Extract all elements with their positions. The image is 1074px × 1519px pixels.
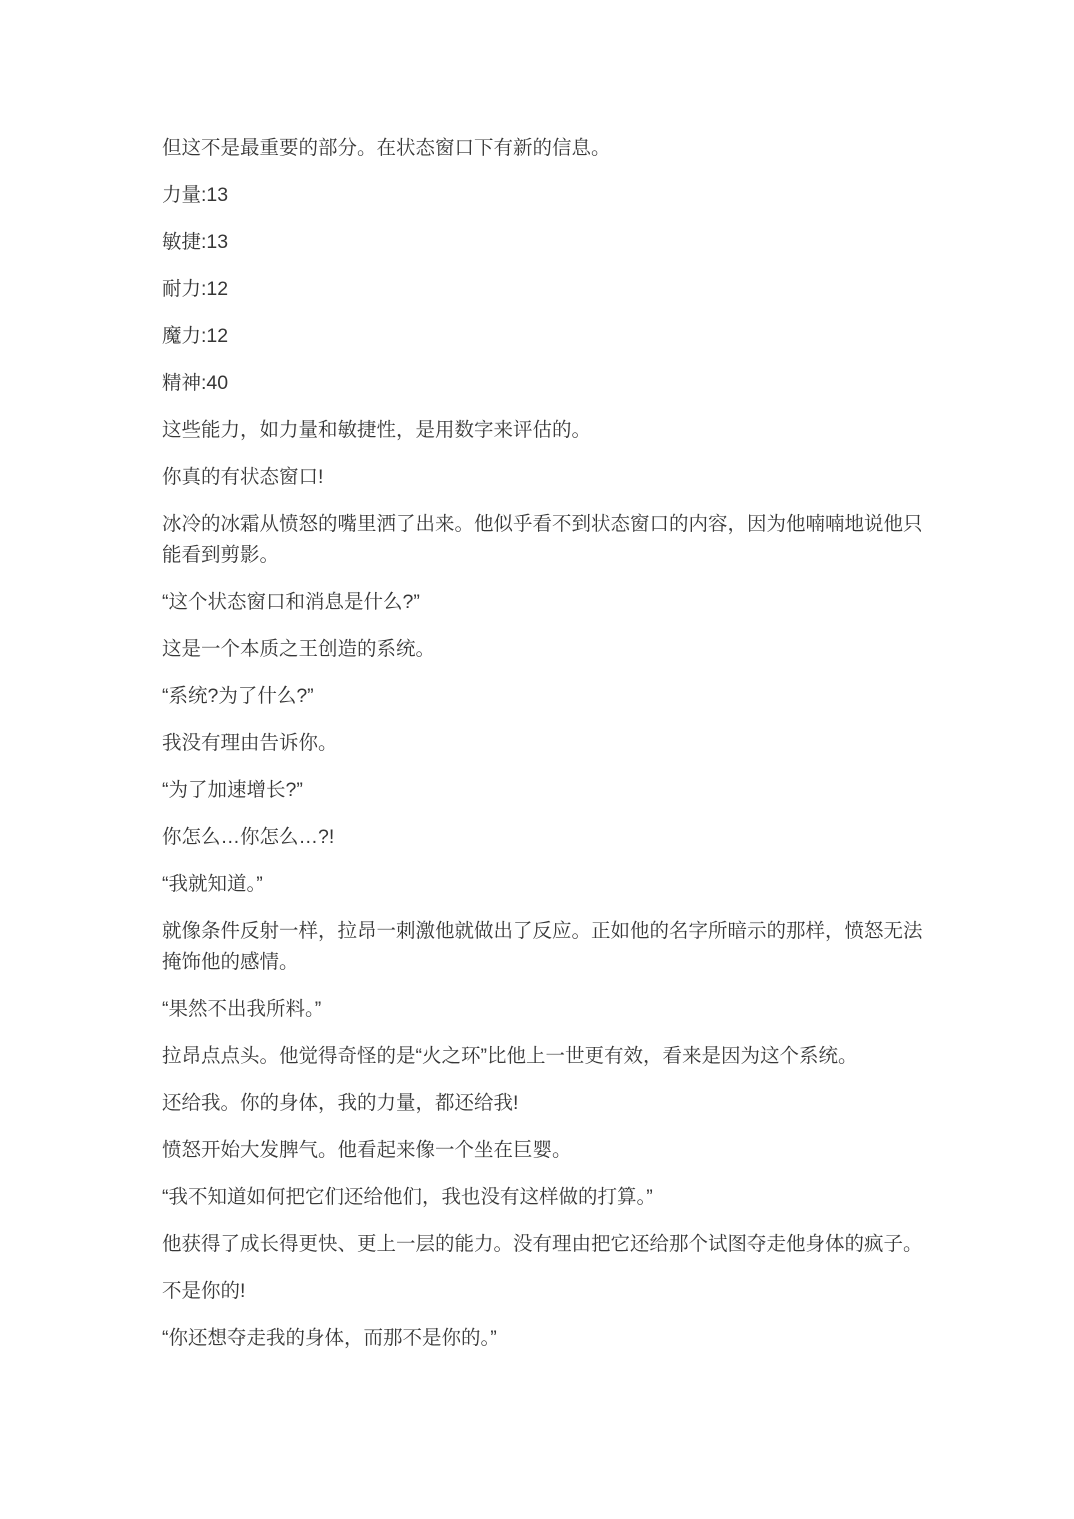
paragraph-voice: 不是你的! — [162, 1276, 927, 1307]
paragraph-dialogue: “系统?为了什么?” — [162, 681, 927, 712]
paragraph-dialogue: “果然不出我所料。” — [162, 994, 927, 1025]
stat-line-agility: 敏捷:13 — [162, 227, 927, 258]
stat-line-spirit: 精神:40 — [162, 368, 927, 399]
paragraph-voice: 我没有理由告诉你。 — [162, 728, 927, 759]
paragraph-narration: 拉昂点点头。他觉得奇怪的是“火之环”比他上一世更有效，看来是因为这个系统。 — [162, 1041, 927, 1072]
paragraph-narration: 愤怒开始大发脾气。他看起来像一个坐在巨婴。 — [162, 1135, 927, 1166]
document-page: 但这不是最重要的部分。在状态窗口下有新的信息。 力量:13 敏捷:13 耐力:1… — [0, 0, 1074, 1519]
paragraph-dialogue: “我不知道如何把它们还给他们，我也没有这样做的打算。” — [162, 1182, 927, 1213]
chapter-text: 但这不是最重要的部分。在状态窗口下有新的信息。 力量:13 敏捷:13 耐力:1… — [162, 133, 927, 1354]
stat-line-magic: 魔力:12 — [162, 321, 927, 352]
paragraph-dialogue: “你还想夺走我的身体，而那不是你的。” — [162, 1323, 927, 1354]
paragraph-intro: 但这不是最重要的部分。在状态窗口下有新的信息。 — [162, 133, 927, 164]
paragraph-voice: 你怎么…你怎么…?! — [162, 822, 927, 853]
paragraph-narration: 这些能力，如力量和敏捷性，是用数字来评估的。 — [162, 415, 927, 446]
stat-line-endurance: 耐力:12 — [162, 274, 927, 305]
paragraph-voice: 你真的有状态窗口! — [162, 462, 927, 493]
paragraph-dialogue: “这个状态窗口和消息是什么?” — [162, 587, 927, 618]
paragraph-voice: 这是一个本质之王创造的系统。 — [162, 634, 927, 665]
stat-line-strength: 力量:13 — [162, 180, 927, 211]
paragraph-narration: 就像条件反射一样，拉昂一刺激他就做出了反应。正如他的名字所暗示的那样，愤怒无法掩… — [162, 916, 927, 978]
paragraph-narration: 冰冷的冰霜从愤怒的嘴里洒了出来。他似乎看不到状态窗口的内容，因为他喃喃地说他只能… — [162, 509, 927, 571]
paragraph-dialogue: “为了加速增长?” — [162, 775, 927, 806]
paragraph-narration: 他获得了成长得更快、更上一层的能力。没有理由把它还给那个试图夺走他身体的疯子。 — [162, 1229, 927, 1260]
paragraph-dialogue: “我就知道。” — [162, 869, 927, 900]
paragraph-voice: 还给我。你的身体，我的力量，都还给我! — [162, 1088, 927, 1119]
